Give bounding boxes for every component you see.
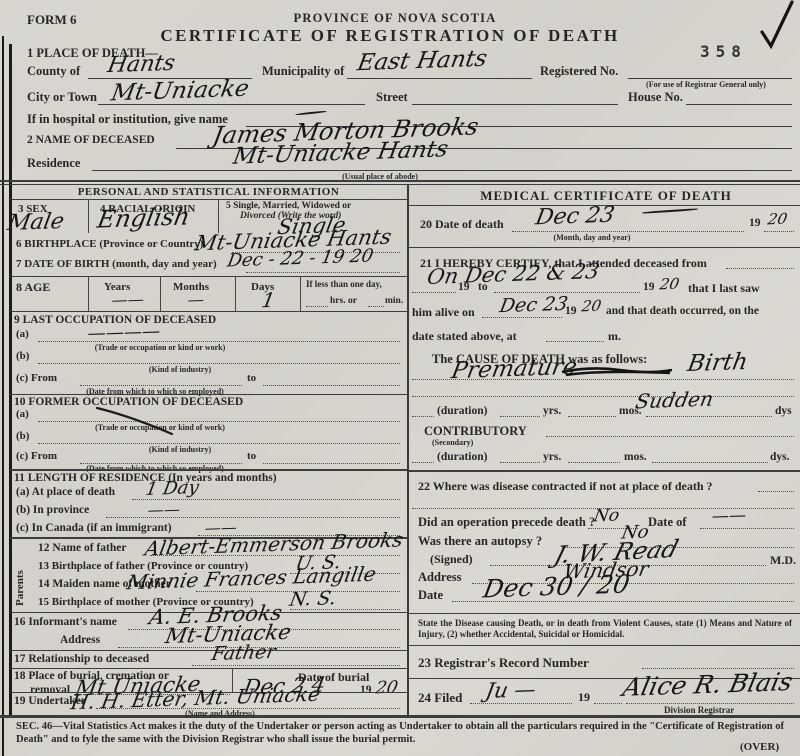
death-certificate-page: FORM 6 PROVINCE OF NOVA SCOTIA CERTIFICA…	[0, 0, 800, 756]
dob-value: Dec - 22 - 19 20	[226, 245, 375, 271]
duration1-dys: dys	[775, 405, 792, 417]
certify-dots2a	[412, 292, 456, 293]
certify-19b: 19	[643, 281, 655, 293]
occ9-to-label: to	[247, 372, 256, 384]
over-label: (OVER)	[740, 741, 779, 753]
cause-of-death-part2: Birth	[685, 349, 749, 377]
filed-dots2	[594, 703, 622, 704]
relation-rule	[10, 650, 407, 651]
occ9-rule	[10, 311, 407, 312]
parents-group-label: Parents	[14, 548, 26, 606]
municipality-value: East Hants	[355, 46, 489, 76]
certify-dots3	[482, 317, 562, 318]
certify-m: m.	[608, 329, 621, 344]
disease-contracted-label: 22 Where was disease contracted if not a…	[418, 479, 713, 494]
disease-contracted-dots	[758, 491, 794, 492]
father-name-label: 12 Name of father	[38, 542, 126, 554]
certify-year-hw2: 20	[580, 297, 602, 316]
duration2-dots0	[412, 462, 434, 463]
column-divider	[407, 184, 409, 716]
certify-rule	[408, 247, 800, 248]
registered-no-label: Registered No.	[540, 64, 618, 79]
res11-label: 11 LENGTH OF RESIDENCE (In years and mon…	[14, 472, 277, 484]
duration1-handwriting: Sudden	[634, 387, 716, 414]
sec46-note: SEC. 46—Vital Statistics Act makes it th…	[16, 720, 784, 746]
duration2-dys: dys.	[770, 451, 790, 463]
street-line	[412, 104, 618, 105]
certify-line3a: him alive on	[412, 305, 475, 320]
division-registrar-label: Division Registrar	[664, 705, 734, 715]
age-years-value: ——	[110, 289, 146, 309]
autopsy-label: Was there an autopsy ?	[418, 534, 542, 549]
duration2-dots3	[652, 462, 768, 463]
occ9-b-line	[38, 363, 400, 364]
filed-value: Ju —	[484, 677, 538, 703]
municipality-label: Municipality of	[262, 64, 344, 79]
duration2-dots1	[500, 462, 540, 463]
age-months-value: —	[186, 290, 205, 310]
house-no-line	[686, 104, 792, 105]
res11-c-label: (c) In Canada (if an immigrant)	[16, 522, 172, 534]
signed-label: (Signed)	[430, 552, 473, 567]
duration2-mos: mos.	[624, 451, 647, 463]
duration1-yrs: yrs.	[543, 405, 561, 417]
racial-origin-value: English	[95, 202, 192, 233]
dob-line	[246, 272, 400, 273]
page-title: CERTIFICATE OF REGISTRATION OF DEATH	[0, 26, 780, 46]
left-inner-border	[9, 44, 12, 716]
bottom-rule	[0, 715, 800, 718]
age-row-rule	[10, 276, 407, 277]
informant-label: 16 Informant's name	[14, 616, 117, 628]
certificate-date-label: Date	[418, 588, 443, 603]
occ9-a-value: ————	[86, 321, 162, 345]
occ9-b-note: (Kind of industry)	[100, 365, 260, 374]
cell-divider	[160, 276, 161, 311]
occ9-a-note: (Trade or occupation or kind or work)	[60, 343, 260, 352]
stamp-number: 358	[700, 42, 747, 61]
certify-19a: 19	[458, 281, 470, 293]
operation-date-label: Date of	[648, 515, 687, 530]
relationship-label: 17 Relationship to deceased	[14, 653, 149, 665]
certify-dots4	[546, 341, 604, 342]
section-divider-top2	[0, 184, 800, 185]
county-value: Hants	[106, 51, 178, 78]
res11-b-label: (b) In province	[16, 504, 89, 516]
duration1-label: (duration)	[437, 405, 487, 417]
date-of-death-value: Dec 23	[534, 203, 617, 231]
certify-handwriting-1: On Dec 22 & 23	[425, 259, 601, 289]
hospital-label: If in hospital or institution, give name	[27, 112, 228, 127]
certify-dots1	[726, 268, 794, 269]
hrs-label: hrs. or	[330, 296, 357, 306]
burial-year-value: 20	[374, 678, 399, 699]
cell-divider	[300, 276, 301, 311]
registrar-signature: Alice R. Blais	[620, 667, 795, 702]
date-of-death-year-value: 20	[766, 210, 788, 229]
duration1-dots3	[646, 416, 772, 417]
registrar-record-number-label: 23 Registrar's Record Number	[418, 655, 589, 671]
duration2-yrs: yrs.	[543, 451, 561, 463]
date-of-death-year-printed: 19	[749, 217, 761, 229]
res11-b-value: ——	[146, 499, 182, 519]
hrs-dots	[306, 306, 328, 307]
certify-line4: date stated above, at	[412, 329, 517, 344]
house-no-label: House No.	[628, 90, 683, 105]
residence-line	[92, 170, 792, 171]
violent-causes-note: State the Disease causing Death, or in d…	[418, 618, 792, 640]
certify-tail2: and that death occurred, on the	[606, 305, 759, 317]
residence-label: Residence	[27, 156, 80, 171]
contributory-dots	[546, 436, 794, 437]
certify-year-hw: 20	[658, 275, 680, 294]
occ9-c-line1	[80, 385, 242, 386]
res11-a-value: 1 Day	[144, 477, 201, 500]
personal-header: PERSONAL AND STATISTICAL INFORMATION	[10, 186, 407, 198]
street-label: Street	[376, 90, 408, 105]
f23-rule	[408, 645, 800, 646]
age-label: 8 AGE	[16, 280, 50, 295]
certify-19c: 19	[565, 305, 577, 317]
res11-rule	[10, 469, 407, 471]
cell-divider	[88, 199, 89, 233]
occ9-b-label: (b)	[16, 350, 29, 362]
duration1-dots1	[500, 416, 540, 417]
note-rule	[408, 613, 800, 614]
mother-birthplace-value: N. S.	[288, 587, 338, 611]
operation-value: No	[592, 506, 621, 527]
duration1-dots2	[568, 416, 616, 417]
province-title: PROVINCE OF NOVA SCOTIA	[0, 11, 790, 26]
relationship-value: Father	[210, 641, 278, 665]
certify-to: to	[478, 281, 488, 293]
deceased-name-label: 2 NAME OF DECEASED	[27, 134, 155, 146]
undertaker-note: (Name and Address)	[140, 709, 300, 718]
filed-label: 24 Filed	[418, 690, 462, 706]
certify-handwriting-2: Dec 23	[498, 293, 570, 317]
min-dots	[368, 306, 384, 307]
duration2-label: (duration)	[437, 451, 487, 463]
occ9-a-label: (a)	[16, 328, 29, 340]
occ9-c-label: (c) From	[16, 372, 57, 384]
contributory-label: CONTRIBUTORY	[424, 424, 527, 439]
burial-rule	[10, 668, 407, 669]
section-divider-top	[0, 180, 800, 182]
operation-label: Did an operation precede death ?	[418, 515, 595, 530]
city-value: Mt-Uniacke	[109, 76, 251, 107]
filed-dots1	[470, 703, 572, 704]
duration1-dots0	[412, 416, 434, 417]
certificate-date-value: Dec 30 / 20	[481, 569, 632, 603]
marital-label-1: 5 Single, Married, Widowed or	[226, 201, 351, 211]
date-of-death-year-line	[764, 231, 794, 232]
pen-stroke	[642, 208, 698, 214]
personal-header-rule	[10, 199, 407, 200]
filed-year-printed: 19	[578, 690, 590, 705]
less-than-day-label: If less than one day,	[306, 279, 382, 289]
f22-rule	[408, 470, 800, 472]
date-of-death-note: (Month, day and year)	[522, 233, 662, 242]
cause-line1	[412, 379, 794, 380]
duration2-dots2	[568, 462, 620, 463]
pen-slash-stroke	[0, 398, 400, 478]
cause-line2	[412, 396, 794, 397]
registrar-sig-dots	[626, 703, 794, 704]
certify-tail1: that I last saw	[688, 281, 760, 296]
pen-stroke	[295, 110, 327, 115]
dob-label: 7 DATE OF BIRTH (month, day and year)	[16, 258, 217, 270]
medical-header: MEDICAL CERTIFICATE OF DEATH	[420, 188, 792, 204]
cell-divider	[218, 199, 219, 233]
operation-date-dots	[700, 528, 794, 529]
registered-no-note: (For use of Registrar General only)	[618, 80, 794, 89]
left-outer-border	[2, 36, 4, 756]
age-days-value: 1	[260, 288, 277, 312]
cell-divider	[235, 276, 236, 311]
date-of-death-line	[512, 231, 744, 232]
burial-year-printed: 19	[360, 684, 372, 696]
county-label: County of	[27, 64, 80, 79]
cell-divider	[88, 276, 89, 311]
registered-no-line	[628, 78, 792, 79]
contributory-note: (Secondary)	[432, 438, 473, 447]
occ10-rule	[10, 394, 407, 395]
operation-date-value: ——	[710, 505, 748, 526]
city-label: City or Town	[27, 90, 97, 105]
min-label: min.	[385, 296, 403, 306]
res11-a-label: (a) At place of death	[16, 486, 115, 498]
date-of-death-label: 20 Date of death	[420, 217, 504, 232]
physician-address-label: Address	[418, 570, 462, 585]
sex-value: Male	[6, 209, 67, 236]
occ9-c-line2	[263, 385, 400, 386]
relationship-line	[192, 665, 400, 666]
municipality-line	[347, 78, 532, 79]
md-label: M.D.	[770, 553, 796, 568]
informant-address-label: Address	[60, 634, 100, 646]
birthplace-label: 6 BIRTHPLACE (Province or Country)	[16, 238, 203, 250]
